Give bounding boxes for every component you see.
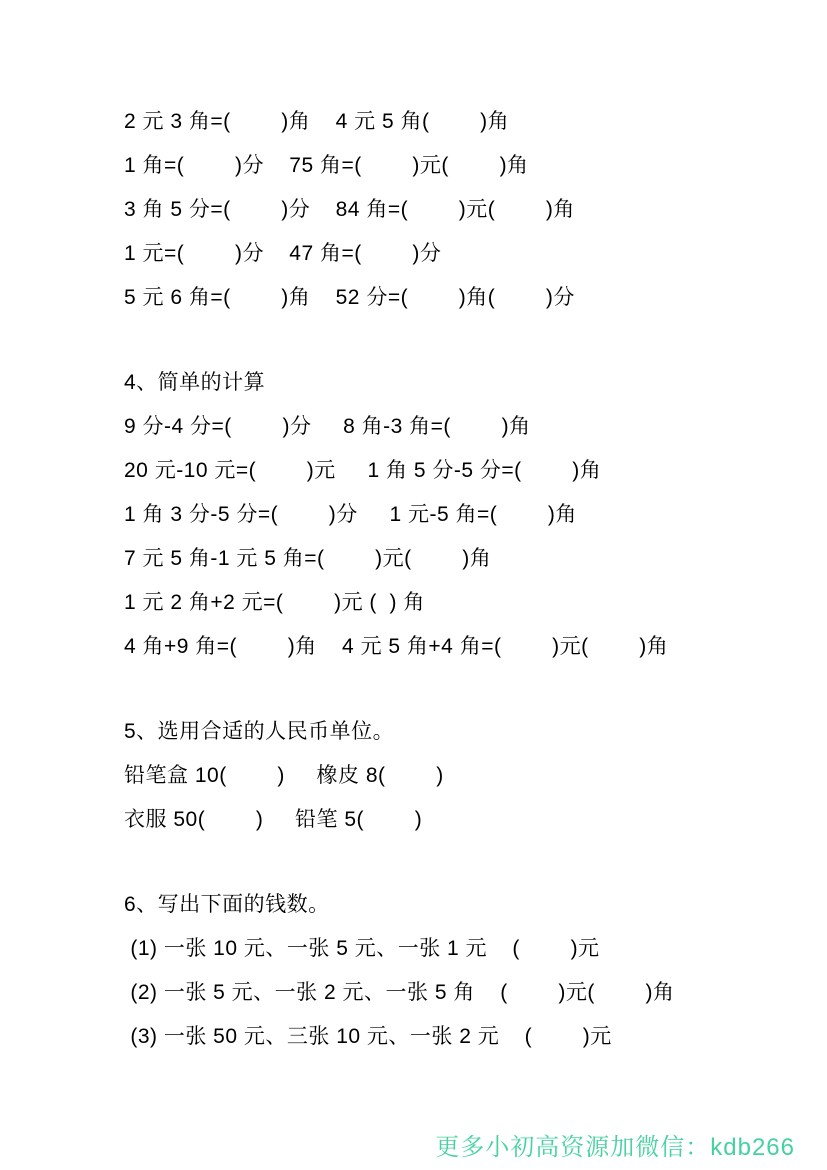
- section-heading: 5、选用合适的人民币单位。: [124, 710, 797, 754]
- worksheet-line: 20 元-10 元=( )元 1 角 5 分-5 分=( )角: [124, 449, 797, 493]
- section-heading: 6、写出下面的钱数。: [124, 883, 797, 927]
- worksheet-line: 7 元 5 角-1 元 5 角=( )元( )角: [124, 537, 797, 581]
- section-heading: 4、简单的计算: [124, 361, 797, 405]
- worksheet-line: 1 角 3 分-5 分=( )分 1 元-5 角=( )角: [124, 493, 797, 537]
- worksheet-line: 铅笔盒 10( ) 橡皮 8( ): [124, 754, 797, 798]
- worksheet-line: (3) 一张 50 元、三张 10 元、一张 2 元 ( )元: [124, 1015, 797, 1059]
- worksheet-line: 4 角+9 角=( )角 4 元 5 角+4 角=( )元( )角: [124, 625, 797, 669]
- worksheet-line: 9 分-4 分=( )分 8 角-3 角=( )角: [124, 405, 797, 449]
- worksheet-page: 2 元 3 角=( )角 4 元 5 角( )角1 角=( )分 75 角=( …: [0, 0, 827, 1170]
- worksheet-section: 6、写出下面的钱数。 (1) 一张 10 元、一张 5 元、一张 1 元 ( )…: [124, 883, 797, 1059]
- worksheet-line: 1 元=( )分 47 角=( )分: [124, 232, 797, 276]
- watermark-text: 更多小初高资源加微信：kdb266: [435, 1127, 795, 1162]
- worksheet-line: (2) 一张 5 元、一张 2 元、一张 5 角 ( )元( )角: [124, 971, 797, 1015]
- worksheet-line: 3 角 5 分=( )分 84 角=( )元( )角: [124, 188, 797, 232]
- worksheet-section: 5、选用合适的人民币单位。铅笔盒 10( ) 橡皮 8( )衣服 50( ) 铅…: [124, 710, 797, 842]
- worksheet-line: 5 元 6 角=( )角 52 分=( )角( )分: [124, 276, 797, 320]
- worksheet-line: 1 元 2 角+2 元=( )元 ( ) 角: [124, 581, 797, 625]
- worksheet-section: 4、简单的计算9 分-4 分=( )分 8 角-3 角=( )角20 元-10 …: [124, 361, 797, 669]
- worksheet-line: 2 元 3 角=( )角 4 元 5 角( )角: [124, 100, 797, 144]
- worksheet-section: 2 元 3 角=( )角 4 元 5 角( )角1 角=( )分 75 角=( …: [124, 100, 797, 320]
- worksheet-line: (1) 一张 10 元、一张 5 元、一张 1 元 ( )元: [124, 927, 797, 971]
- worksheet-line: 1 角=( )分 75 角=( )元( )角: [124, 144, 797, 188]
- worksheet-content: 2 元 3 角=( )角 4 元 5 角( )角1 角=( )分 75 角=( …: [124, 100, 797, 1059]
- worksheet-line: 衣服 50( ) 铅笔 5( ): [124, 798, 797, 842]
